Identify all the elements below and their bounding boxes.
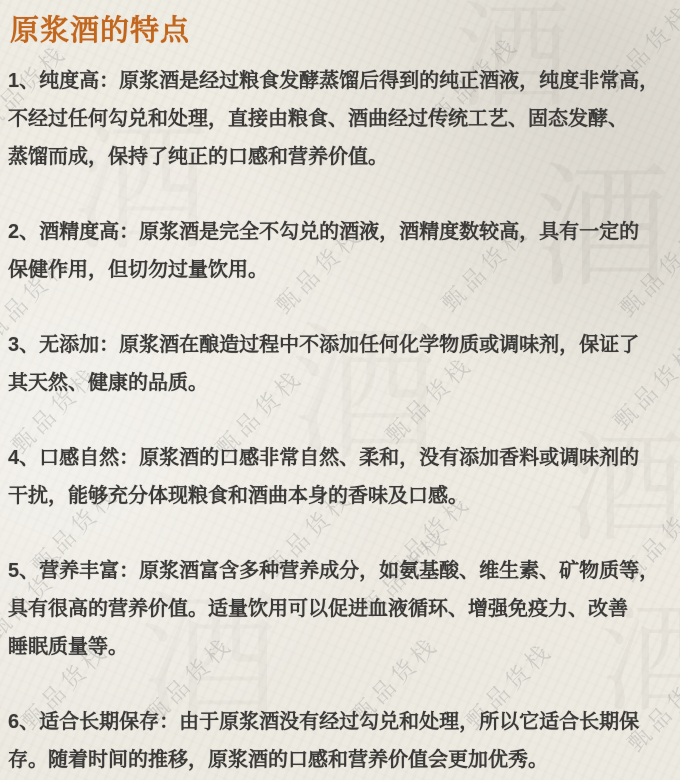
paragraph-line: 6、适合长期保存：由于原浆酒没有经过勾兑和处理，所以它适合长期保: [8, 703, 672, 741]
paragraph-line: 存。随着时间的推移，原浆酒的口感和营养价值会更加优秀。: [8, 741, 672, 779]
paragraph-line: 4、口感自然：原浆酒的口感非常自然、柔和，没有添加香料或调味剂的: [8, 439, 672, 477]
paragraph-line: 5、营养丰富：原浆酒富含多种营养成分，如氨基酸、维生素、矿物质等，: [8, 552, 672, 590]
paragraph-line: 不经过任何勾兑和处理，直接由粮食、酒曲经过传统工艺、固态发酵、: [8, 100, 672, 138]
paragraph-line: 干扰，能够充分体现粮食和酒曲本身的香味及口感。: [8, 477, 672, 515]
feature-paragraph-no-additives: 3、无添加：原浆酒在酿造过程中不添加任何化学物质或调味剂，保证了 其天然、健康的…: [8, 326, 672, 402]
paragraph-line: 蒸馏而成，保持了纯正的口感和营养价值。: [8, 138, 672, 176]
paragraph-line: 其天然、健康的品质。: [8, 364, 672, 402]
paragraph-line: 具有很高的营养价值。适量饮用可以促进血液循环、增强免疫力、改善: [8, 590, 672, 628]
article-content: 原浆酒的特点 1、纯度高：原浆酒是经过粮食发酵蒸馏后得到的纯正酒液，纯度非常高，…: [0, 0, 680, 780]
feature-paragraph-long-term-storage: 6、适合长期保存：由于原浆酒没有经过勾兑和处理，所以它适合长期保 存。随着时间的…: [8, 703, 672, 779]
paragraph-line: 2、酒精度高：原浆酒是完全不勾兑的酒液，酒精度数较高，具有一定的: [8, 213, 672, 251]
paragraph-line: 睡眠质量等。: [8, 628, 672, 666]
paragraph-line: 保健作用，但切勿过量饮用。: [8, 251, 672, 289]
page-title: 原浆酒的特点: [10, 13, 672, 49]
feature-paragraph-nutrition: 5、营养丰富：原浆酒富含多种营养成分，如氨基酸、维生素、矿物质等， 具有很高的营…: [8, 552, 672, 666]
feature-paragraph-alcohol-content: 2、酒精度高：原浆酒是完全不勾兑的酒液，酒精度数较高，具有一定的 保健作用，但切…: [8, 213, 672, 289]
feature-paragraph-purity: 1、纯度高：原浆酒是经过粮食发酵蒸馏后得到的纯正酒液，纯度非常高， 不经过任何勾…: [8, 62, 672, 176]
paragraph-line: 3、无添加：原浆酒在酿造过程中不添加任何化学物质或调味剂，保证了: [8, 326, 672, 364]
article-page: 酒 酒 酒 酒 酒 酒 酒 甄品货栈 甄品货栈 甄品货栈 甄品货栈 甄品货栈 甄…: [0, 0, 680, 780]
paragraph-line: 1、纯度高：原浆酒是经过粮食发酵蒸馏后得到的纯正酒液，纯度非常高，: [8, 62, 672, 100]
feature-paragraph-natural-taste: 4、口感自然：原浆酒的口感非常自然、柔和，没有添加香料或调味剂的 干扰，能够充分…: [8, 439, 672, 515]
